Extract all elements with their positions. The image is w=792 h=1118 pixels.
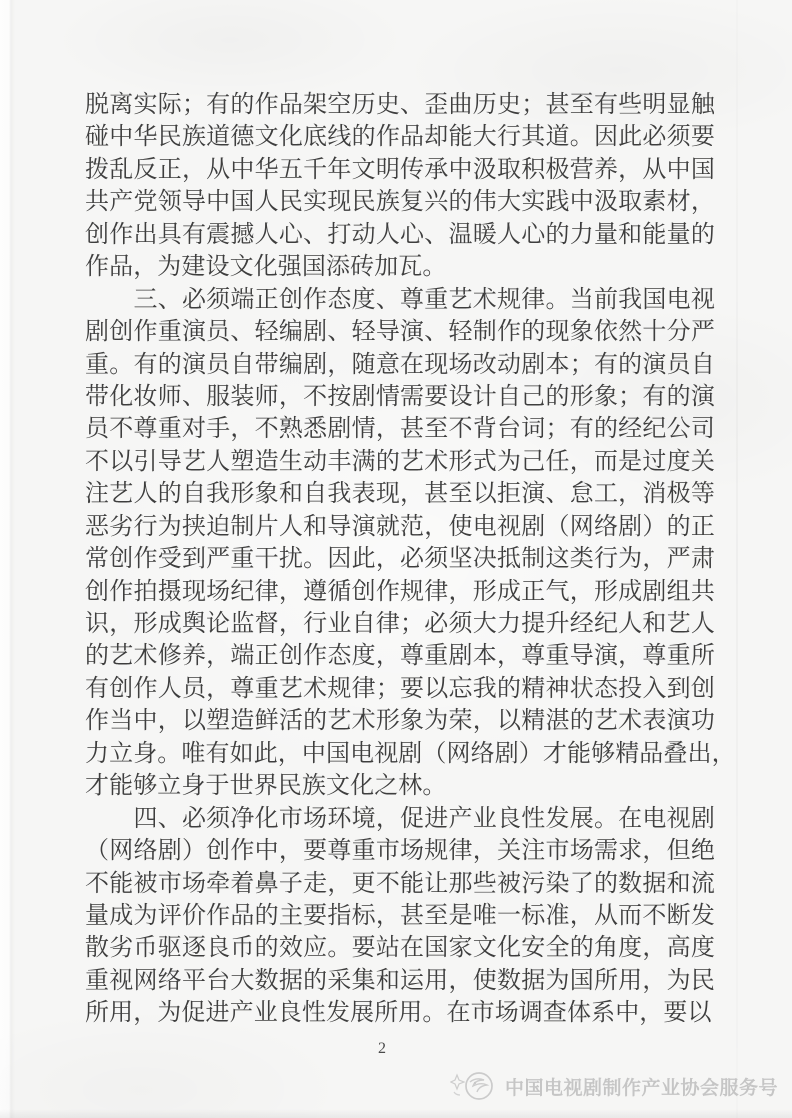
watermark-text: 中国电视剧制作产业协会服务号 [505, 1073, 778, 1100]
paragraph: 四、必须净化市场环境，促进产业良性发展。在电视剧（网络剧）创作中，要尊重市场规律… [85, 803, 715, 1030]
text-line: 的艺术修养，端正创作态度，尊重剧本，尊重导演，尊重所 [85, 640, 715, 672]
text-line: 员不尊重对手，不熟悉剧情，甚至不背台词；有的经纪公司 [85, 413, 715, 445]
text-line: 不以引导艺人塑造生动丰满的艺术形式为己任，而是过度关 [85, 446, 715, 478]
text-line: 共产党领导中国人民实现民族复兴的伟大实践中汲取素材， [85, 186, 715, 218]
text-line: 有创作人员，尊重艺术规律；要以忘我的精神状态投入到创 [85, 673, 715, 705]
text-line: 不能被市场牵着鼻子走，更不能让那些被污染了的数据和流 [85, 868, 715, 900]
text-line: 碰中华民族道德文化底线的作品却能大行其道。因此必须要 [85, 121, 715, 153]
paragraph: 三、必须端正创作态度、尊重艺术规律。当前我国电视剧创作重演员、轻编剧、轻导演、轻… [85, 284, 715, 803]
text-line: 四、必须净化市场环境，促进产业良性发展。在电视剧 [85, 803, 715, 835]
watermark: 中国电视剧制作产业协会服务号 [450, 1068, 778, 1104]
text-line: 常创作受到严重干扰。因此，必须坚决抵制这类行为，严肃 [85, 543, 715, 575]
text-line: 剧创作重演员、轻编剧、轻导演、轻制作的现象依然十分严 [85, 316, 715, 348]
text-line: 作当中，以塑造鲜活的艺术形象为荣，以精湛的艺术表演功 [85, 705, 715, 737]
text-line: 所用，为促进产业良性发展所用。在市场调查体系中，要以 [85, 997, 715, 1029]
text-line: 重。有的演员自带编剧，随意在现场改动剧本；有的演员自 [85, 349, 715, 381]
text-line: 力立身。唯有如此，中国电视剧（网络剧）才能够精品叠出， [85, 738, 715, 770]
text-line: 注艺人的自我形象和自我表现，甚至以拒演、怠工，消极等 [85, 478, 715, 510]
page-number: 2 [0, 1040, 764, 1058]
document-body: 脱离实际；有的作品架空历史、歪曲历史；甚至有些明显触碰中华民族道德文化底线的作品… [85, 89, 715, 1030]
text-line: 量成为评价作品的主要指标，甚至是唯一标准，从而不断发 [85, 900, 715, 932]
text-line: 恶劣行为挟迫制片人和导演就范，使电视剧（网络剧）的正 [85, 511, 715, 543]
text-line: 带化妆师、服装师，不按剧情需要设计自己的形象；有的演 [85, 381, 715, 413]
text-line: 识，形成舆论监督，行业自律；必须大力提升经纪人和艺人 [85, 608, 715, 640]
text-line: 重视网络平台大数据的采集和运用，使数据为国所用，为民 [85, 965, 715, 997]
text-line: （网络剧）创作中，要尊重市场规律，关注市场需求，但绝 [85, 835, 715, 867]
text-line: 三、必须端正创作态度、尊重艺术规律。当前我国电视 [85, 284, 715, 316]
association-logo-icon [450, 1068, 496, 1104]
document-page: 脱离实际；有的作品架空历史、歪曲历史；甚至有些明显触碰中华民族道德文化底线的作品… [0, 0, 792, 1118]
text-line: 作品，为建设文化强国添砖加瓦。 [85, 251, 715, 283]
scan-artifact-line [736, 0, 738, 1118]
paragraph: 脱离实际；有的作品架空历史、歪曲历史；甚至有些明显触碰中华民族道德文化底线的作品… [85, 89, 715, 284]
text-line: 脱离实际；有的作品架空历史、歪曲历史；甚至有些明显触 [85, 89, 715, 121]
text-line: 散劣币驱逐良币的效应。要站在国家文化安全的角度，高度 [85, 932, 715, 964]
text-line: 创作拍摄现场纪律，遵循创作规律，形成正气，形成剧组共 [85, 576, 715, 608]
text-line: 创作出具有震撼人心、打动人心、温暖人心的力量和能量的 [85, 219, 715, 251]
text-line: 才能够立身于世界民族文化之林。 [85, 770, 715, 802]
text-line: 拨乱反正，从中华五千年文明传承中汲取积极营养，从中国 [85, 154, 715, 186]
scan-bottom-edge [0, 1109, 792, 1118]
